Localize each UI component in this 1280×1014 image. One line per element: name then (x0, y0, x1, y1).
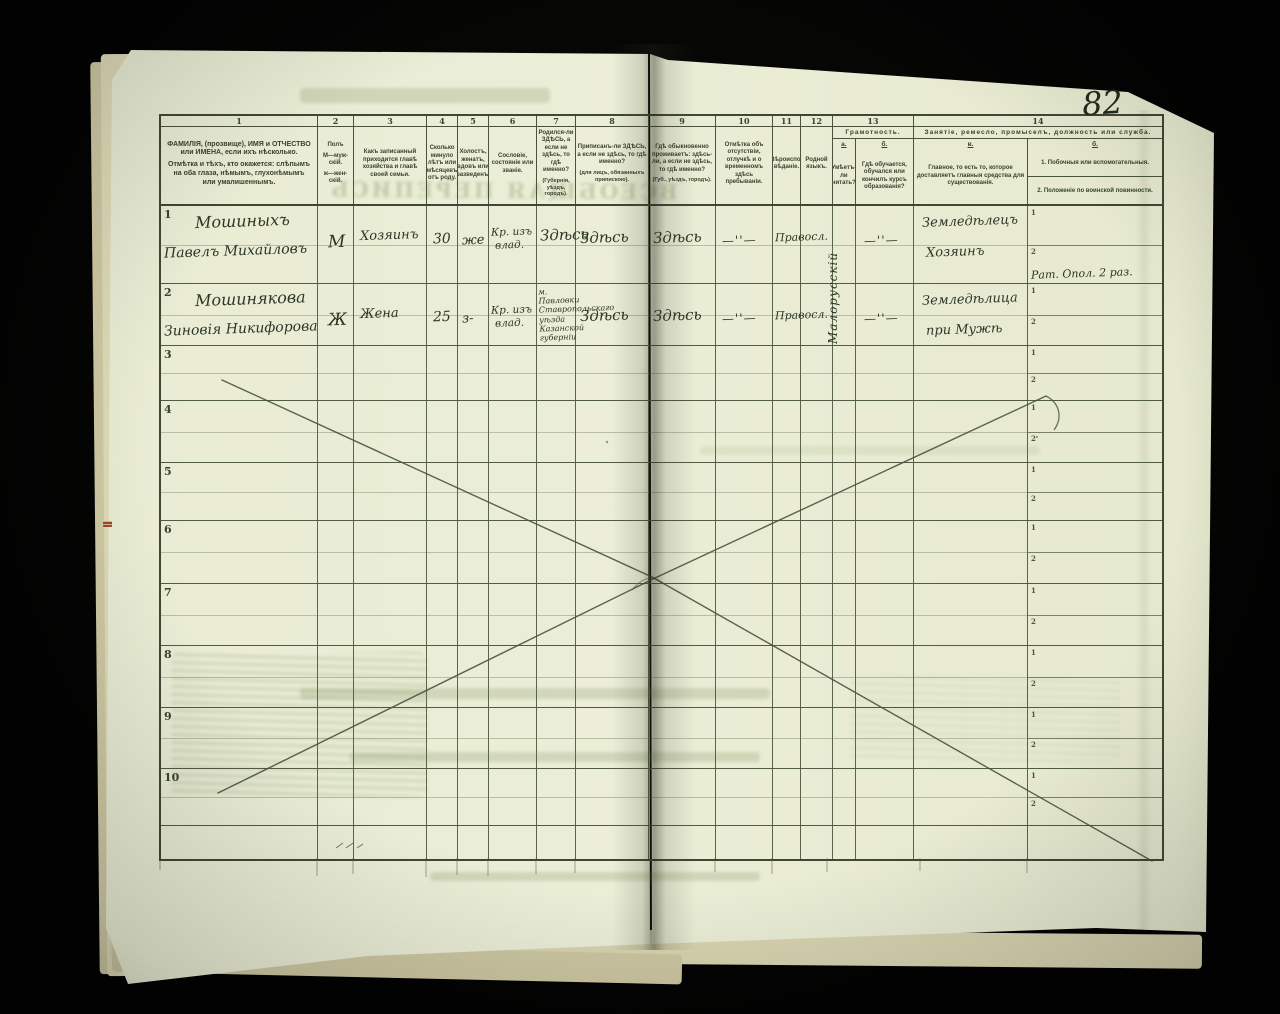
column-header-7: 7 Родился-ли ЗДѢСЬ, а если не здѣсь, то … (537, 116, 576, 204)
table-cell: 25 (427, 284, 458, 345)
sub-row-label: 2 (1031, 247, 1036, 256)
sub-row-label: 1 (1031, 648, 1036, 657)
table-cell (649, 463, 716, 520)
sub-row-label: 1 (1031, 403, 1036, 412)
table-cell: 12Рат. Опол. 2 раз. (1028, 206, 1162, 283)
table-cell (649, 401, 716, 462)
table-cell (773, 826, 801, 859)
table-cell (856, 708, 914, 768)
table-cell: 12 (1028, 521, 1162, 583)
sub-row-label: 1 (1031, 710, 1036, 719)
table-cell (801, 826, 833, 859)
table-cell (458, 463, 489, 520)
table-cell (354, 584, 427, 645)
table-cell (489, 346, 537, 400)
table-row: 1012 (161, 769, 1162, 826)
group-label: Грамотность. (833, 127, 913, 139)
table-row (161, 826, 1162, 859)
table-cell (458, 521, 489, 583)
table-cell (161, 826, 318, 859)
column-header-5: 5 Холостъ, женатъ, вдовъ или разведенъ. (458, 116, 489, 204)
table-cell (716, 463, 773, 520)
table-cell (427, 463, 458, 520)
table-cell (318, 463, 354, 520)
table-cell: Здѣсь (537, 206, 576, 283)
entry-sex: М (328, 232, 354, 253)
entry-estate2: влад. (495, 238, 536, 251)
column-number: 7 (537, 116, 575, 127)
column-number: 13 (833, 116, 913, 127)
table-cell: м. Павловки Ставропольскаго уѣзда Казанс… (537, 284, 576, 345)
entry-occ2: при Мужѣ (926, 320, 1027, 339)
table-cell (576, 401, 649, 462)
table-cell: 12 (1028, 584, 1162, 645)
table-cell: 9 (161, 708, 318, 768)
table-cell (833, 769, 856, 825)
row-number: 1 (164, 208, 172, 221)
table-cell: Здѣсь (576, 284, 649, 345)
table-cell (489, 708, 537, 768)
page-number: 82 (1081, 83, 1124, 124)
table-cell (576, 708, 649, 768)
table-cell (716, 646, 773, 707)
subcolumn-text: Главное, то есть то, которое доставляетъ… (914, 149, 1027, 204)
entry-relation: Жена (360, 305, 426, 322)
subcolumn-13a: а. Умѣетъ-ли читать? (833, 139, 856, 204)
table-cell (833, 584, 856, 645)
table-cell (716, 826, 773, 859)
header-text: Родной языкъ. (802, 157, 831, 172)
table-cell (649, 346, 716, 400)
entry-registered: Здѣсь (580, 227, 649, 247)
table-cell (576, 646, 649, 707)
table-cell: Здѣсь (649, 284, 716, 345)
table-cell (537, 346, 576, 400)
table-cell: 12 (1028, 708, 1162, 768)
table-cell (914, 769, 1028, 825)
sub-row-label: 2 (1031, 375, 1036, 384)
table-cell (537, 646, 576, 707)
row-number: 2 (164, 286, 172, 299)
table-cell (914, 401, 1028, 462)
sub-row-label: 2 (1031, 740, 1036, 749)
column-number: 14 (914, 116, 1162, 127)
table-cell (537, 584, 576, 645)
column-header-13-literacy: 13 Грамотность. а. Умѣетъ-ли читать? б. … (833, 116, 914, 204)
photo-scene: ВСЕОБЩАЯ ПЕРЕПИСЬ 1 ФАМИЛІЯ, (прозвище),… (0, 0, 1280, 1014)
subcolumn-label: б. (856, 139, 913, 149)
table-row: 1МошиныхъПавелъ МихайловъМХозяинъ30жеКр.… (161, 206, 1162, 284)
table-body: 1МошиныхъПавелъ МихайловъМХозяинъ30жеКр.… (161, 206, 1162, 859)
table-cell (801, 584, 833, 645)
row-number: 8 (164, 648, 172, 661)
sub-row-label: 2 (1031, 494, 1036, 503)
table-cell (856, 463, 914, 520)
table-cell (833, 826, 856, 859)
table-cell (716, 346, 773, 400)
red-ink-mark (103, 521, 112, 527)
table-cell (427, 826, 458, 859)
table-cell (458, 769, 489, 825)
table-row: 712 (161, 584, 1162, 646)
column-number: 5 (458, 116, 488, 127)
table-cell (458, 708, 489, 768)
column-number: 4 (427, 116, 457, 127)
table-cell (856, 646, 914, 707)
column-header-1: 1 ФАМИЛІЯ, (прозвище), ИМЯ и ОТЧЕСТВО ил… (161, 116, 318, 204)
sub-row-label: 2 (1031, 617, 1036, 626)
table-cell (773, 346, 801, 400)
table-cell (856, 521, 914, 583)
subcolumn-13b: б. Гдѣ обучается, обучался или кончилъ к… (856, 139, 913, 204)
sub-row-label: 1 (1031, 348, 1036, 357)
table-cell (716, 401, 773, 462)
table-cell (773, 463, 801, 520)
table-cell (576, 521, 649, 583)
table-cell (318, 584, 354, 645)
header-text: Сколько минуло лѣтъ или мѣсяцевъ отъ род… (427, 145, 457, 183)
entry-literacy: —''— (864, 310, 913, 326)
column-number: 2 (318, 116, 353, 127)
sub-row-label: 2 (1031, 434, 1036, 443)
sub-row-label: 2 (1031, 554, 1036, 563)
table-cell (318, 346, 354, 400)
table-cell (489, 401, 537, 462)
table-cell: 12 (1028, 463, 1162, 520)
subcolumn-text: Умѣетъ-ли читать? (833, 149, 855, 204)
column-header-3: 3 Какъ записанный приходится главѣ хозяй… (354, 116, 427, 204)
table-cell (833, 708, 856, 768)
table-cell (801, 463, 833, 520)
table-cell (833, 346, 856, 400)
entry-resides: Здѣсь (653, 305, 716, 325)
row-number: 6 (164, 523, 172, 536)
table-cell (489, 646, 537, 707)
entry-absence: —''— (722, 310, 772, 326)
header-text: ФАМИЛІЯ, (прозвище), ИМЯ и ОТЧЕСТВО или … (167, 141, 311, 159)
column-header-11: 11 Вѣроиспо-вѣданіе. (773, 116, 801, 204)
table-row: 512 (161, 463, 1162, 521)
table-cell: Кр. изъвлад. (489, 206, 537, 283)
header-text: Вѣроиспо-вѣданіе. (773, 157, 800, 172)
subcolumn-text: Гдѣ обучается, обучался или кончилъ курс… (856, 149, 913, 204)
header-text: Холостъ, женатъ, вдовъ или разведенъ. (458, 149, 488, 179)
entry-marital: же (462, 233, 489, 249)
table-cell (801, 646, 833, 707)
table-cell (801, 708, 833, 768)
entry-estate1: Кр. изъ (491, 303, 536, 317)
table-cell (537, 521, 576, 583)
entry-religion: Правосл. (775, 231, 800, 245)
header-text: Приписанъ-ли ЗДѢСЬ, а если не здѣсь, то … (577, 144, 647, 167)
entry-native-language: Малорусскій (826, 222, 850, 344)
table-cell: Хозяинъ (354, 206, 427, 283)
table-cell: 7 (161, 584, 318, 645)
subcolumn-label: в. (914, 139, 1027, 149)
table-cell (576, 584, 649, 645)
entry-estate2: влад. (495, 316, 536, 329)
table-cell (914, 463, 1028, 520)
table-cell: 3 (161, 346, 318, 400)
column-header-9: 9 Гдѣ обыкновенно проживаетъ: здѣсь-ли, … (649, 116, 716, 204)
table-cell (649, 521, 716, 583)
table-cell: Правосл. (773, 284, 801, 345)
table-cell (318, 401, 354, 462)
sub-row-label: 1 (1031, 586, 1036, 595)
table-cell: Кр. изъвлад. (489, 284, 537, 345)
subcolumn-text: 1. Побочныя или вспомогательныя. (1028, 149, 1162, 177)
table-cell (773, 708, 801, 768)
column-number: 12 (801, 116, 832, 127)
table-cell (801, 769, 833, 825)
table-cell: Правосл. (773, 206, 801, 283)
column-header-12: 12 Родной языкъ. (801, 116, 833, 204)
table-cell (537, 463, 576, 520)
table-cell: —''— (856, 284, 914, 345)
column-header-14-occupation: 14 Занятіе, ремесло, промыселъ, должност… (914, 116, 1162, 204)
subcolumn-text: 2. Положеніе по воинской повинности. (1028, 177, 1162, 204)
table-cell (716, 584, 773, 645)
column-header-8: 8 Приписанъ-ли ЗДѢСЬ, а если не здѣсь, т… (576, 116, 649, 204)
entry-registered: Здѣсь (580, 305, 649, 325)
sub-row-label: 2 (1031, 317, 1036, 326)
subcolumn-label: б. (1028, 139, 1162, 149)
table-cell: 12 (1028, 646, 1162, 707)
entry-marital: з- (462, 311, 489, 327)
table-cell: Ж (318, 284, 354, 345)
column-number: 11 (773, 116, 800, 127)
table-cell (318, 769, 354, 825)
table-cell (773, 584, 801, 645)
table-cell (427, 708, 458, 768)
table-cell (537, 769, 576, 825)
header-note: (Губ., уѣздъ, городъ). (653, 177, 712, 184)
table-cell (833, 521, 856, 583)
column-header-4: 4 Сколько минуло лѣтъ или мѣсяцевъ отъ р… (427, 116, 458, 204)
table-cell: Здѣсь (649, 206, 716, 283)
table-cell (318, 826, 354, 859)
table-cell (856, 346, 914, 400)
entry-occ2: Хозяинъ (926, 242, 1027, 261)
header-text: Отмѣтка объ отсутствіи, отлучкѣ и о врем… (717, 142, 771, 187)
table-cell: ЗемледѣлецъХозяинъ (914, 206, 1028, 283)
table-cell: 2МошиняковаЗиновія Никифорова (161, 284, 318, 345)
table-cell (489, 463, 537, 520)
table-cell (914, 708, 1028, 768)
table-row: 312 (161, 346, 1162, 401)
table-cell (716, 521, 773, 583)
sub-row-label: 2 (1031, 679, 1036, 688)
entry-born: м. Павловки Ставропольскаго уѣзда Казанс… (538, 286, 576, 342)
table-cell (914, 346, 1028, 400)
table-cell: 30 (427, 206, 458, 283)
entry-age: 25 (433, 309, 458, 326)
table-row: 912 (161, 708, 1162, 769)
entry-occ1: Земледѣлецъ (922, 212, 1027, 231)
table-cell (318, 521, 354, 583)
entry-absence: —''— (722, 232, 772, 248)
table-header: 1 ФАМИЛІЯ, (прозвище), ИМЯ и ОТЧЕСТВО ил… (161, 116, 1162, 206)
row-number: 10 (164, 771, 179, 784)
table-cell (856, 826, 914, 859)
entry-military: Рат. Опол. 2 раз. (1031, 265, 1133, 282)
sub-row-label: 1 (1031, 771, 1036, 780)
table-cell (576, 769, 649, 825)
table-cell (489, 826, 537, 859)
table-cell (576, 346, 649, 400)
table-cell (427, 346, 458, 400)
table-cell (537, 401, 576, 462)
table-row: 412 (161, 401, 1162, 463)
entry-estate1: Кр. изъ (491, 225, 536, 239)
table-row: 612 (161, 521, 1162, 584)
entry-relation: Хозяинъ (360, 227, 426, 244)
column-number: 1 (161, 116, 317, 127)
entry-name: Зиновія Никифорова (164, 318, 317, 339)
entry-occ1: Земледѣлица (922, 290, 1027, 309)
table-cell (856, 401, 914, 462)
table-cell: 12 (1028, 346, 1162, 400)
table-cell (801, 521, 833, 583)
row-number: 5 (164, 465, 172, 478)
column-number: 3 (354, 116, 426, 127)
row-number: 9 (164, 710, 172, 723)
entry-surname: Мошинякова (195, 287, 318, 310)
table-cell (649, 826, 716, 859)
table-cell (354, 401, 427, 462)
table-cell (537, 708, 576, 768)
table-cell (649, 708, 716, 768)
table-cell (914, 826, 1028, 859)
header-text: Сословіе, состояніе или званіе. (490, 153, 535, 176)
entry-name: Павелъ Михайловъ (164, 240, 317, 261)
table-cell (354, 463, 427, 520)
table-cell (649, 646, 716, 707)
table-cell: з- (458, 284, 489, 345)
table-cell (458, 584, 489, 645)
header-note: (для лицъ, обязанныхъ припискою). (577, 170, 647, 184)
table-cell (318, 646, 354, 707)
table-cell (489, 769, 537, 825)
table-cell (773, 646, 801, 707)
table-cell: —''— (716, 284, 773, 345)
table-cell: 6 (161, 521, 318, 583)
table-cell: 5 (161, 463, 318, 520)
table-cell (458, 646, 489, 707)
row-number: 3 (164, 348, 172, 361)
table-cell: Жена (354, 284, 427, 345)
table-row: 2МошиняковаЗиновія НикифороваЖЖена25з-Кр… (161, 284, 1162, 346)
header-text: ж—жен-скій. (319, 171, 352, 186)
group-label: Занятіе, ремесло, промыселъ, должность и… (914, 127, 1162, 139)
table-cell (716, 708, 773, 768)
table-cell (914, 646, 1028, 707)
entry-literacy: —''— (864, 232, 913, 248)
sub-row-label: 1 (1031, 208, 1036, 217)
header-note: (Губернія, уѣздъ, городъ). (538, 178, 574, 199)
table-cell (458, 401, 489, 462)
table-cell (489, 521, 537, 583)
table-cell (489, 584, 537, 645)
table-cell: —''— (716, 206, 773, 283)
table-cell: 10 (161, 769, 318, 825)
entry-religion: Правосл. (775, 309, 800, 323)
table-cell (354, 769, 427, 825)
column-header-10: 10 Отмѣтка объ отсутствіи, отлучкѣ и о в… (716, 116, 773, 204)
table-cell (576, 463, 649, 520)
table-cell: Земледѣлицапри Мужѣ (914, 284, 1028, 345)
column-number: 10 (716, 116, 772, 127)
table-row: 812 (161, 646, 1162, 708)
table-cell: Здѣсь (576, 206, 649, 283)
table-cell (649, 769, 716, 825)
entry-sex: Ж (328, 310, 354, 331)
table-cell (649, 584, 716, 645)
header-text: Гдѣ обыкновенно проживаетъ: здѣсь-ли, а … (650, 144, 714, 174)
entry-surname: Мошиныхъ (195, 209, 318, 232)
table-cell (318, 708, 354, 768)
table-cell (354, 826, 427, 859)
table-cell: —''— (856, 206, 914, 283)
table-cell (427, 521, 458, 583)
table-cell: 12 (1028, 284, 1162, 345)
subcolumn-label: а. (833, 139, 855, 149)
column-header-2: 2 Полъ М—муж-скій. ж—жен-скій. (318, 116, 354, 204)
entry-resides: Здѣсь (653, 227, 716, 247)
row-number: 7 (164, 586, 172, 599)
column-number: 6 (489, 116, 536, 127)
table-cell (1028, 826, 1162, 859)
table-cell (354, 708, 427, 768)
sub-row-label: 1 (1031, 286, 1036, 295)
table-cell (537, 826, 576, 859)
table-cell (458, 346, 489, 400)
census-table: 1 ФАМИЛІЯ, (прозвище), ИМЯ и ОТЧЕСТВО ил… (159, 114, 1164, 861)
table-cell: М (318, 206, 354, 283)
column-number: 9 (649, 116, 715, 127)
table-cell (914, 584, 1028, 645)
table-cell: 1МошиныхъПавелъ Михайловъ (161, 206, 318, 283)
table-cell (773, 401, 801, 462)
table-cell (773, 521, 801, 583)
column-header-6: 6 Сословіе, состояніе или званіе. (489, 116, 537, 204)
table-cell (354, 646, 427, 707)
table-cell (427, 769, 458, 825)
table-cell: же (458, 206, 489, 283)
table-cell (833, 646, 856, 707)
table-cell (801, 401, 833, 462)
sub-row-label: 1 (1031, 465, 1036, 474)
table-cell (801, 346, 833, 400)
header-text: М—муж-скій. (319, 153, 352, 168)
table-cell (856, 769, 914, 825)
table-cell: 12 (1028, 401, 1162, 462)
table-cell (354, 521, 427, 583)
header-text: Отмѣтка и тѣхъ, кто окажется: слѣпымъ на… (167, 161, 311, 187)
header-text: Полъ (327, 142, 343, 150)
table-cell (833, 401, 856, 462)
table-cell: 8 (161, 646, 318, 707)
header-text: Родился-ли ЗДѢСЬ, а если не здѣсь, то гд… (538, 130, 574, 175)
table-cell (427, 584, 458, 645)
table-cell (833, 463, 856, 520)
table-cell (354, 346, 427, 400)
sub-row-label: 2 (1031, 799, 1036, 808)
subcolumn-14b: б. 1. Побочныя или вспомогательныя. 2. П… (1028, 139, 1162, 204)
column-number: 8 (576, 116, 648, 127)
sub-row-label: 1 (1031, 523, 1036, 532)
table-cell (576, 826, 649, 859)
